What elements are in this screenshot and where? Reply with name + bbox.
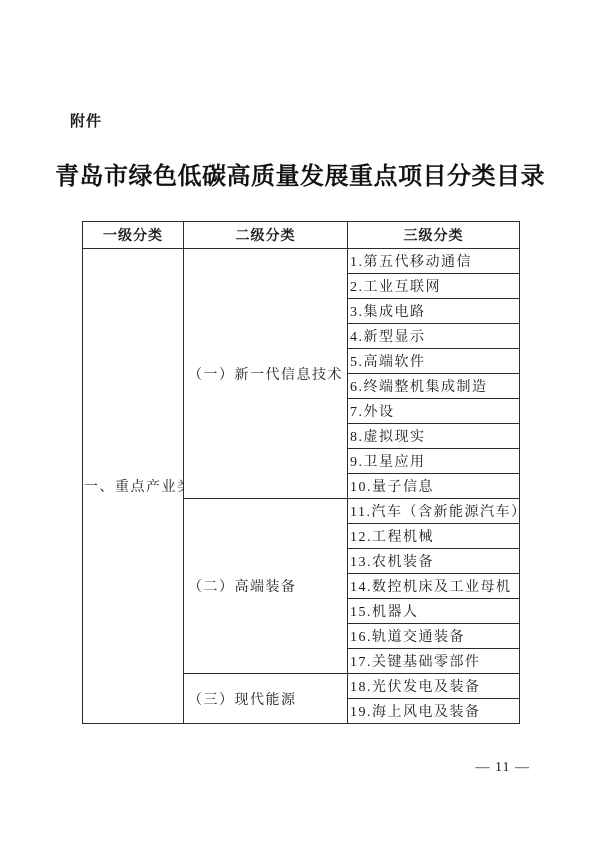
level3-item-cell: 19.海上风电及装备 — [348, 699, 520, 724]
level3-item-cell: 6.终端整机集成制造 — [348, 374, 520, 399]
document-page: { "page": { "attachment_label": "附件", "t… — [0, 0, 600, 848]
level3-item-cell: 4.新型显示 — [348, 324, 520, 349]
level2-category-cell: （二）高端装备 — [184, 499, 348, 674]
level3-item-cell: 2.工业互联网 — [348, 274, 520, 299]
level3-item-cell: 8.虚拟现实 — [348, 424, 520, 449]
table-header-row: 一级分类 二级分类 三级分类 — [83, 222, 520, 249]
attachment-label: 附件 — [70, 110, 102, 131]
level1-category-cell: 一、重点产业类 — [83, 249, 184, 724]
header-level1: 一级分类 — [83, 222, 184, 249]
level2-category-cell: （三）现代能源 — [184, 674, 348, 724]
level3-item-cell: 7.外设 — [348, 399, 520, 424]
level3-item-cell: 5.高端软件 — [348, 349, 520, 374]
level2-category-cell: （一）新一代信息技术 — [184, 249, 348, 499]
level3-item-cell: 1.第五代移动通信 — [348, 249, 520, 274]
table-row: 一、重点产业类（一）新一代信息技术1.第五代移动通信 — [83, 249, 520, 274]
header-level3: 三级分类 — [348, 222, 520, 249]
level3-item-cell: 12.工程机械 — [348, 524, 520, 549]
level3-item-cell: 16.轨道交通装备 — [348, 624, 520, 649]
level3-item-cell: 17.关键基础零部件 — [348, 649, 520, 674]
level3-item-cell: 18.光伏发电及装备 — [348, 674, 520, 699]
level3-item-cell: 13.农机装备 — [348, 549, 520, 574]
level3-item-cell: 11.汽车（含新能源汽车） — [348, 499, 520, 524]
level3-item-cell: 9.卫星应用 — [348, 449, 520, 474]
header-level2: 二级分类 — [184, 222, 348, 249]
page-number: — 11 — — [476, 760, 530, 776]
page-title: 青岛市绿色低碳高质量发展重点项目分类目录 — [0, 156, 600, 191]
classification-table: 一级分类 二级分类 三级分类 一、重点产业类（一）新一代信息技术1.第五代移动通… — [82, 221, 520, 724]
level3-item-cell: 15.机器人 — [348, 599, 520, 624]
level3-item-cell: 3.集成电路 — [348, 299, 520, 324]
level3-item-cell: 10.量子信息 — [348, 474, 520, 499]
level3-item-cell: 14.数控机床及工业母机 — [348, 574, 520, 599]
